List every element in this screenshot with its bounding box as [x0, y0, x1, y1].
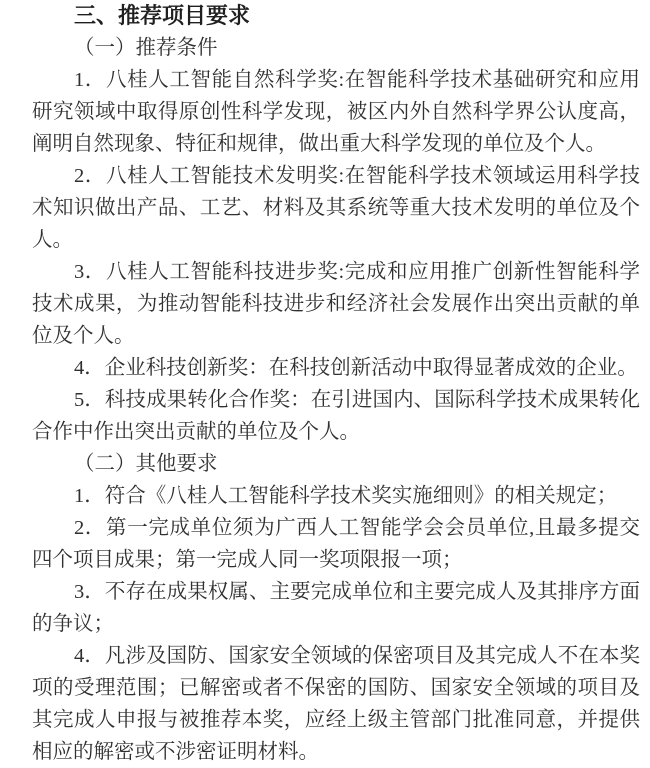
section-2-item-4: 4．凡涉及国防、国家安全领域的保密项目及其完成人不在本奖项的受理范围；已解密或者…: [32, 640, 640, 768]
section-1-item-3: 3．八桂人工智能科技进步奖:完成和应用推广创新性智能科学技术成果，为推动智能科技…: [32, 256, 640, 352]
section-2-heading: （二）其他要求: [32, 448, 640, 480]
section-2-item-1: 1．符合《八桂人工智能科学技术奖实施细则》的相关规定；: [32, 480, 640, 512]
section-1-item-1: 1．八桂人工智能自然科学奖:在智能科学技术基础研究和应用研究领域中取得原创性科学…: [32, 64, 640, 160]
section-2-item-3: 3．不存在成果权属、主要完成单位和主要完成人及其排序方面的争议；: [32, 576, 640, 640]
document-title: 三、推荐项目要求: [32, 0, 640, 32]
section-2-item-2: 2．第一完成单位须为广西人工智能学会会员单位,且最多提交四个项目成果；第一完成人…: [32, 512, 640, 576]
document-page: 三、推荐项目要求 （一）推荐条件 1．八桂人工智能自然科学奖:在智能科学技术基础…: [0, 0, 650, 768]
section-1-item-2: 2．八桂人工智能技术发明奖:在智能科学技术领域运用科学技术知识做出产品、工艺、材…: [32, 160, 640, 256]
section-1-heading: （一）推荐条件: [32, 32, 640, 64]
section-1-item-4: 4．企业科技创新奖：在科技创新活动中取得显著成效的企业。: [32, 352, 640, 384]
section-1-item-5: 5．科技成果转化合作奖：在引进国内、国际科学技术成果转化合作中作出突出贡献的单位…: [32, 384, 640, 448]
